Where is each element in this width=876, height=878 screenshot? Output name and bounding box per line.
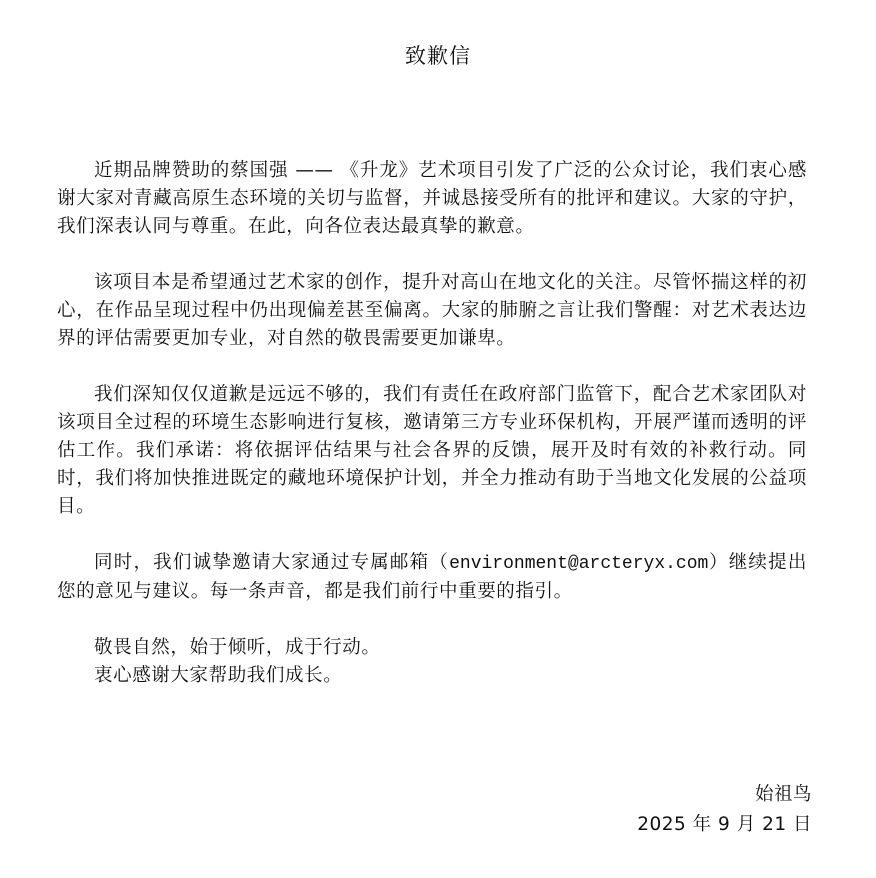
signature-date: 2025 年 9 月 21 日 [637, 810, 812, 840]
contact-text-before: 同时，我们诚挚邀请大家通过专属邮箱（ [94, 552, 449, 573]
contact-email: environment@arcteryx.com [449, 554, 708, 574]
paragraph-commitments: 我们深知仅仅道歉是远远不够的，我们有责任在政府部门监管下，配合艺术家团队对该项目… [57, 381, 807, 521]
document-title: 致歉信 [0, 42, 876, 70]
closing-block: 敬畏自然，始于倾听，成于行动。 衷心感谢大家帮助我们成长。 [57, 634, 807, 690]
closing-line-motto: 敬畏自然，始于倾听，成于行动。 [57, 634, 807, 662]
signature-block: 始祖鸟 2025 年 9 月 21 日 [637, 780, 812, 840]
letter-body: 近期品牌赞助的蔡国强 —— 《升龙》艺术项目引发了广泛的公众讨论，我们衷心感谢大… [57, 157, 807, 690]
paragraph-project-intent: 该项目本是希望通过艺术家的创作，提升对高山在地文化的关注。尽管怀揣这样的初心，在… [57, 269, 807, 353]
paragraph-apology: 近期品牌赞助的蔡国强 —— 《升龙》艺术项目引发了广泛的公众讨论，我们衷心感谢大… [57, 157, 807, 241]
signature-name: 始祖鸟 [637, 780, 812, 810]
closing-line-thanks: 衷心感谢大家帮助我们成长。 [57, 662, 807, 690]
paragraph-contact: 同时，我们诚挚邀请大家通过专属邮箱（environment@arcteryx.c… [57, 549, 807, 606]
